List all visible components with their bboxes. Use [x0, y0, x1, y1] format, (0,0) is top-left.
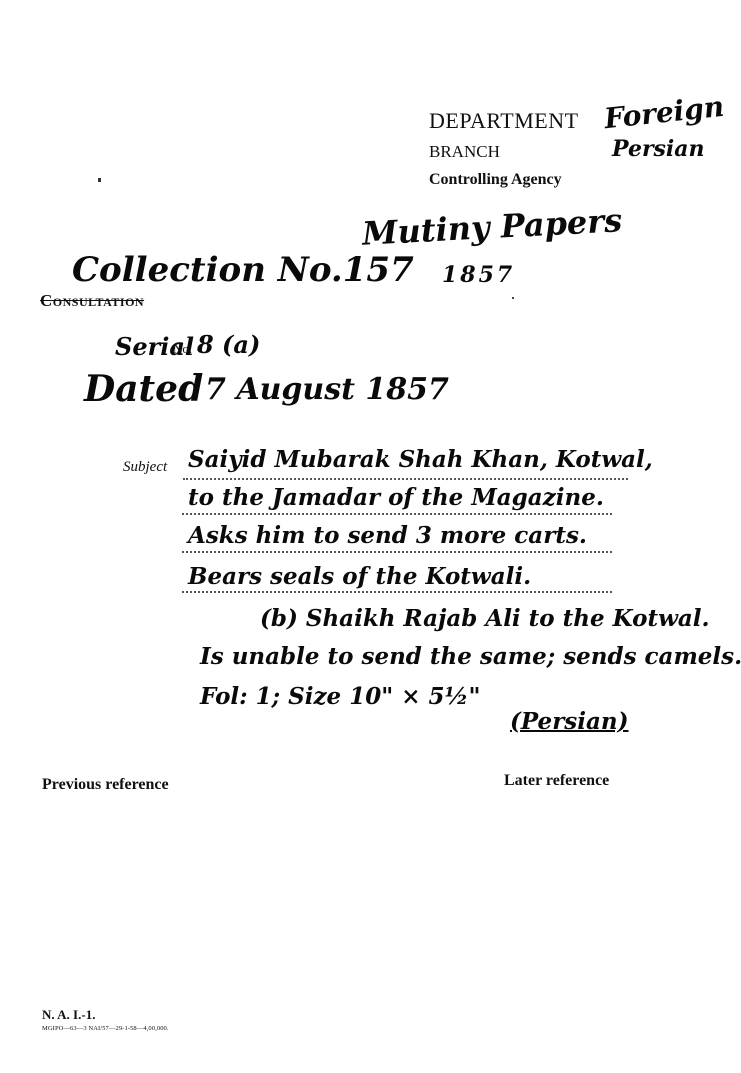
folio-size-note: Fol: 1; Size 10" × 5½" — [200, 683, 480, 710]
subject-label: Subject — [123, 459, 167, 476]
series-year: 1857 — [442, 262, 515, 288]
scan-speck — [512, 297, 514, 299]
subject-line: Is unable to send the same; sends camels… — [200, 643, 741, 670]
branch-label: BRANCH — [429, 142, 500, 162]
subject-line: Saiyid Mubarak Shah Khan, Kotwal, — [188, 446, 653, 473]
serial-number-label: No. — [173, 341, 192, 357]
scan-speck — [98, 178, 101, 182]
consultation-label-struck: Consultation — [40, 291, 144, 311]
branch-value: Persian — [612, 136, 705, 162]
dotted-rule — [182, 591, 612, 593]
subject-line: to the Jamadar of the Magazine. — [188, 484, 604, 511]
later-reference-label: Later reference — [504, 772, 609, 790]
subject-line: Asks him to send 3 more carts. — [188, 522, 587, 549]
department-value: Foreign — [603, 90, 726, 135]
subject-line: (b) Shaikh Rajab Ali to the Kotwal. — [260, 605, 710, 632]
collection-number: Collection No.157 — [72, 250, 414, 290]
dotted-rule — [182, 513, 612, 515]
language-note: (Persian) — [510, 708, 629, 735]
previous-reference-label: Previous reference — [42, 776, 169, 794]
form-code: N. A. I.-1. — [42, 1007, 95, 1023]
subject-line: Bears seals of the Kotwali. — [188, 563, 531, 590]
dotted-rule — [183, 478, 628, 480]
dotted-rule — [182, 551, 612, 553]
dated-label: Dated — [84, 368, 203, 410]
department-label: DEPARTMENT — [429, 108, 579, 134]
dated-value: 7 August 1857 — [205, 372, 449, 407]
printer-imprint: MGIPO—63—3 NAI/57—29-1-58—4,00,000. — [42, 1025, 169, 1032]
serial-number-value: 8 (a) — [197, 330, 260, 359]
controlling-agency-label: Controlling Agency — [429, 171, 562, 189]
series-title: Mutiny Papers — [361, 201, 623, 253]
